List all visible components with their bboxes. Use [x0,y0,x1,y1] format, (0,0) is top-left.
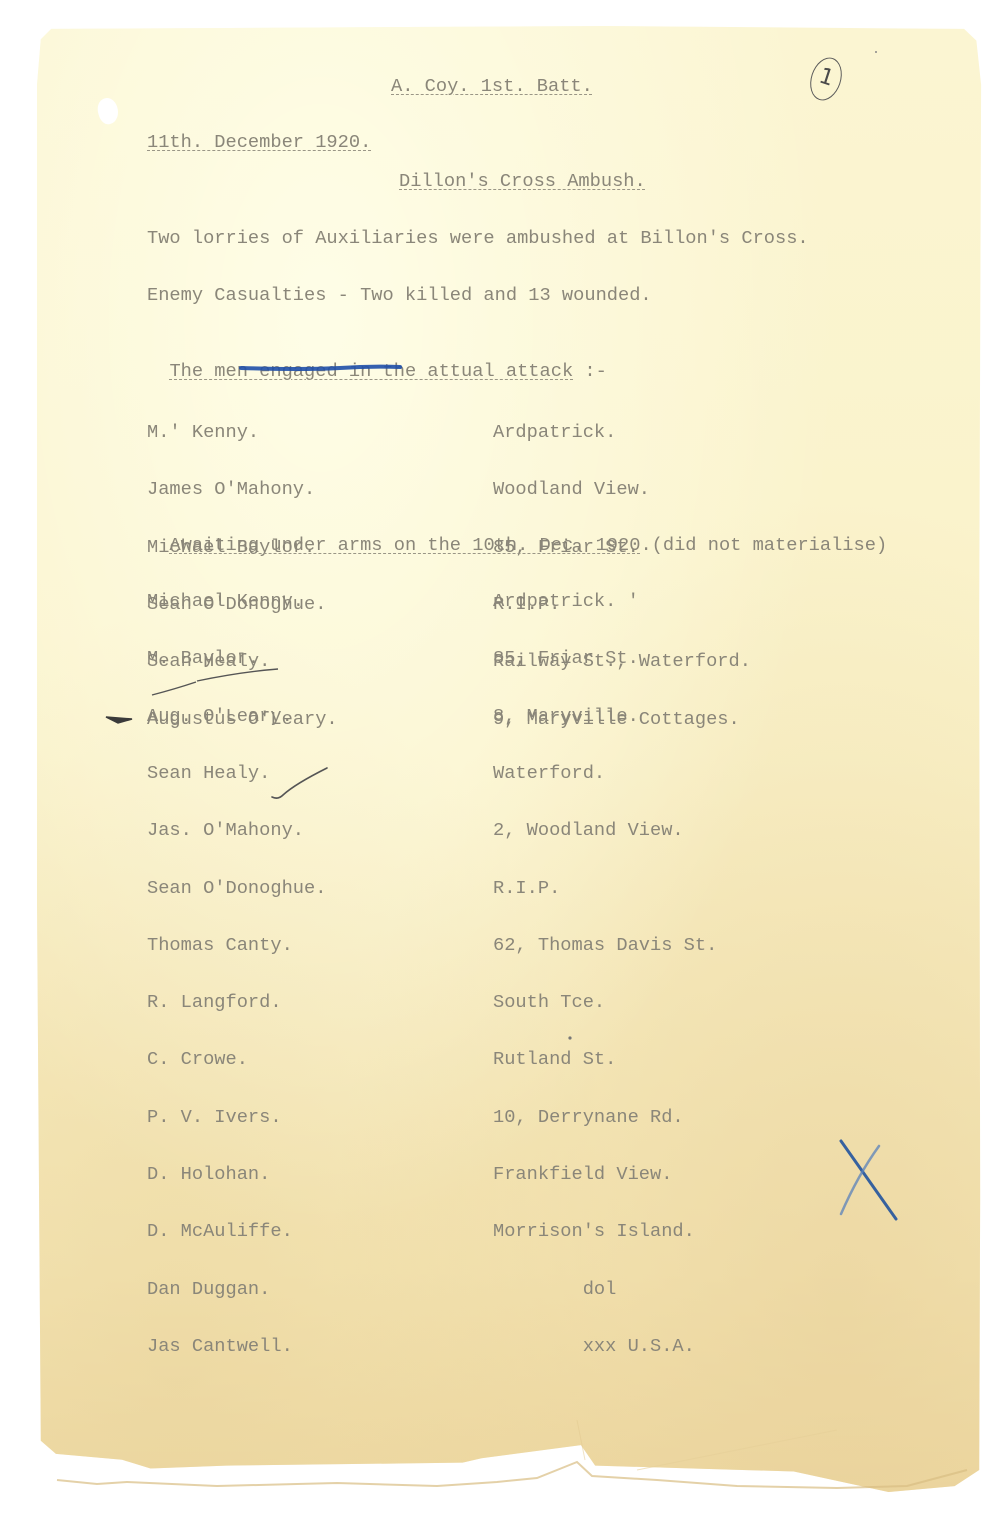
awaiting-address: Morrison's Island. [493,1222,717,1241]
awaiting-name: Michael Kenny. [147,592,326,611]
awaiting-name: Sean O'Donoghue. [147,879,326,898]
engaged-heading-suffix: :- [573,360,607,382]
casualties-text: Enemy Casualties - Two killed and 13 wou… [147,286,652,305]
engaged-name: James O'Mahony. [147,480,338,499]
awaiting-name: C. Crowe. [147,1050,326,1069]
unit-heading: A. Coy. 1st. Batt. [391,77,593,96]
engaged-heading-text: The men engaged in the attual attack [169,360,573,382]
awaiting-name: Dan Duggan. [147,1280,326,1299]
awaiting-address: xxx U.S.A. [493,1337,717,1356]
awaiting-name: P. V. Ivers. [147,1108,326,1127]
awaiting-address: 8, Maryville. [493,707,717,726]
summary-text: Two lorries of Auxiliaries were ambushed… [147,229,809,248]
engaged-section-heading: The men engaged in the attual attack :- [147,343,607,381]
document-title: Dillon's Cross Ambush. [399,172,646,191]
awaiting-name: Sean Healy. [147,764,326,783]
awaiting-addresses-list: Ardpatrick. ' 85, Friar St. 8, Maryville… [493,554,717,1375]
awaiting-name: D. Holohan. [147,1165,326,1184]
document-date: 11th. December 1920. [147,133,371,152]
engaged-address: Woodland View. [493,480,751,499]
awaiting-name: M. Baylor. [147,649,326,668]
awaiting-section-heading: Awaiting under arms on the 10th. Dec. 19… [147,517,887,555]
awaiting-names-list: Michael Kenny. M. Baylor. Aug. O'Leary. … [147,554,326,1375]
awaiting-address: Waterford. [493,764,717,783]
awaiting-address: 62, Thomas Davis St. [493,936,717,955]
awaiting-heading-text: Awaiting under arms on the 10th. Dec. 19… [169,534,640,556]
awaiting-name: Aug. O'Leary. [147,707,326,726]
engaged-address: Ardpatrick. [493,423,751,442]
awaiting-address: South Tce. [493,993,717,1012]
awaiting-address: 85, Friar St. [493,649,717,668]
engaged-name: M.' Kenny. [147,423,338,442]
awaiting-address: Frankfield View. [493,1165,717,1184]
awaiting-address: R.I.P. [493,879,717,898]
awaiting-name: Jas Cantwell. [147,1337,326,1356]
awaiting-name: Thomas Canty. [147,936,326,955]
awaiting-address: 2, Woodland View. [493,821,717,840]
awaiting-address: dol [493,1280,717,1299]
awaiting-address: 10, Derrynane Rd. [493,1108,717,1127]
awaiting-name: Jas. O'Mahony. [147,821,326,840]
awaiting-heading-suffix: .(did not materialise) [640,534,887,556]
awaiting-name: R. Langford. [147,993,326,1012]
awaiting-address: Ardpatrick. ' [493,592,717,611]
awaiting-name: D. McAuliffe. [147,1222,326,1241]
awaiting-address: Rutland St. [493,1050,717,1069]
